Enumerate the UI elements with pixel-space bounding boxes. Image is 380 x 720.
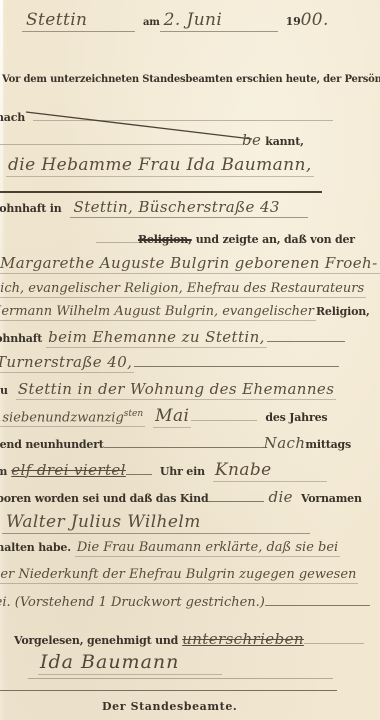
signature: Ida Baumann	[38, 651, 222, 675]
dateline-year: 00.	[301, 10, 329, 30]
time-line: um elf drei viertel Uhr ein Knabe	[0, 460, 327, 482]
mother-line-2: lich, evangelischer Religion, Ehefrau de…	[0, 281, 366, 298]
footer-rule	[0, 690, 337, 691]
naming-hand-die: die	[268, 488, 292, 506]
blank-line	[33, 108, 333, 121]
child-sex-value: Knabe	[213, 460, 327, 482]
blank-line	[0, 132, 242, 145]
statement-text-2: der Niederkunft der Ehefrau Bulgrin zuge…	[0, 567, 358, 584]
uhr-label: Uhr ein	[160, 465, 205, 478]
blank-line	[265, 593, 370, 606]
father-religion-label: Religion,	[316, 305, 370, 318]
father-line: Hermann Wilhelm August Bulgrin, evangeli…	[0, 304, 370, 321]
blank-line	[126, 462, 152, 475]
bekannt-line: be kannt,	[0, 131, 304, 149]
reporter-text: die Hebamme Frau Ida Baumann,	[6, 155, 314, 177]
announce-line: Religion, und zeigte an, daß von der	[96, 230, 355, 246]
blank-line	[191, 408, 257, 421]
child-names: Walter Julius Wilhelm	[2, 512, 310, 534]
residence-value: Stettin, Büscherstraße 43	[70, 198, 308, 218]
closing-hand: unterschrieben	[182, 630, 304, 648]
day-word: siebenundzwanzig	[2, 410, 123, 425]
section-rule	[0, 191, 322, 193]
residence-line: wohnhaft in Stettin, Büscherstraße 43	[0, 198, 308, 218]
residence-label: wohnhaft in	[0, 202, 62, 215]
dateline-am-label: am	[143, 17, 160, 28]
announce-text: und zeigte an, daß von der	[196, 233, 355, 246]
blank-line	[134, 354, 339, 367]
blank-line	[304, 631, 364, 644]
daytime-printed: mittags	[305, 438, 351, 451]
thousand-label: tausend neunhundert	[0, 438, 104, 451]
dateline-century: 19	[286, 15, 301, 28]
blank-line	[267, 329, 345, 342]
blank-line	[96, 230, 138, 243]
intro-text: Vor dem unterzeichneten Standesbeamten e…	[2, 74, 380, 85]
birthplace-line: zu Stettin in der Wohnung des Ehemannes	[0, 380, 336, 400]
footer-title: Der Standesbeamte.	[102, 700, 237, 713]
birthdate-month: Mai	[153, 406, 191, 428]
birthplace-value: Stettin in der Wohnung des Ehemannes	[16, 380, 336, 400]
father-name: Hermann Wilhelm August Bulgrin, evangeli…	[0, 304, 316, 321]
dateline: Stettin am 2. Juni 19 00.	[22, 10, 329, 32]
mother-name: Margarethe Auguste Bulgrin geborenen Fro…	[0, 254, 380, 274]
reporter-line: die Hebamme Frau Ida Baumann,	[6, 155, 314, 177]
nach-label: nach	[0, 111, 25, 124]
signature-rule	[28, 678, 333, 679]
closing-line: Vorgelesen, genehmigt und unterschrieben	[14, 630, 364, 648]
nach-line: nach	[0, 108, 333, 124]
naming-printed-b: Vornamen	[301, 492, 362, 505]
blank-line	[208, 489, 264, 502]
footer-line: Der Standesbeamte.	[102, 700, 237, 713]
mother-line-1: Margarethe Auguste Bulgrin geborenen Fro…	[0, 254, 380, 274]
year-intro-label: des Jahres	[265, 411, 327, 424]
signature-line: Ida Baumann	[38, 651, 222, 675]
birthdate-line: am siebenundzwanzigsten Mai des Jahres	[0, 406, 327, 428]
closing-printed: Vorgelesen, genehmigt und	[14, 634, 178, 647]
statement-text-3: sei. (Vorstehend 1 Druckwort gestrichen.…	[0, 595, 265, 610]
year-line: tausend neunhundert Nach mittags	[0, 434, 351, 452]
street-value: Turnerstraße 40,	[0, 353, 134, 373]
blank-line	[104, 435, 264, 448]
statement-text-1: Die Frau Baumann erklärte, daß sie bei	[75, 540, 340, 557]
naming-line: geboren worden sei und daß das Kind die …	[0, 488, 362, 506]
naming-printed-a: geboren worden sei und daß das Kind	[0, 492, 208, 505]
erhalten-label: erhalten habe.	[0, 541, 71, 554]
bekannt-printed: kannt,	[265, 135, 303, 148]
residence2-label: wohnhaft	[0, 332, 42, 345]
daytime-hand: Nach	[264, 434, 306, 452]
street-line: Turnerstraße 40,	[0, 353, 339, 373]
residence2-value: beim Ehemanne zu Stettin,	[46, 328, 267, 348]
dateline-date: 2. Juni	[160, 10, 278, 32]
statement-line-3: sei. (Vorstehend 1 Druckwort gestrichen.…	[0, 593, 370, 610]
time-value: elf drei viertel	[11, 461, 126, 479]
bekannt-hand: be	[242, 131, 261, 149]
statement-line-1: erhalten habe. Die Frau Baumann erklärte…	[0, 540, 340, 557]
mother-details: lich, evangelischer Religion, Ehefrau de…	[0, 281, 366, 298]
statement-line-2: der Niederkunft der Ehefrau Bulgrin zuge…	[0, 567, 358, 584]
birthplace-label: zu	[0, 384, 8, 397]
religion-struck: Religion,	[138, 233, 192, 246]
um-label: um	[0, 465, 7, 478]
birthdate-day: siebenundzwanzigsten	[0, 409, 145, 427]
birth-record-page: Stettin am 2. Juni 19 00. Vor dem unterz…	[0, 0, 380, 720]
dateline-place: Stettin	[22, 10, 135, 32]
residence2-line: wohnhaft beim Ehemanne zu Stettin,	[0, 328, 345, 348]
day-suffix: sten	[124, 409, 143, 419]
intro-line: Vor dem unterzeichneten Standesbeamten e…	[2, 74, 380, 85]
child-names-line: Walter Julius Wilhelm	[2, 512, 310, 534]
